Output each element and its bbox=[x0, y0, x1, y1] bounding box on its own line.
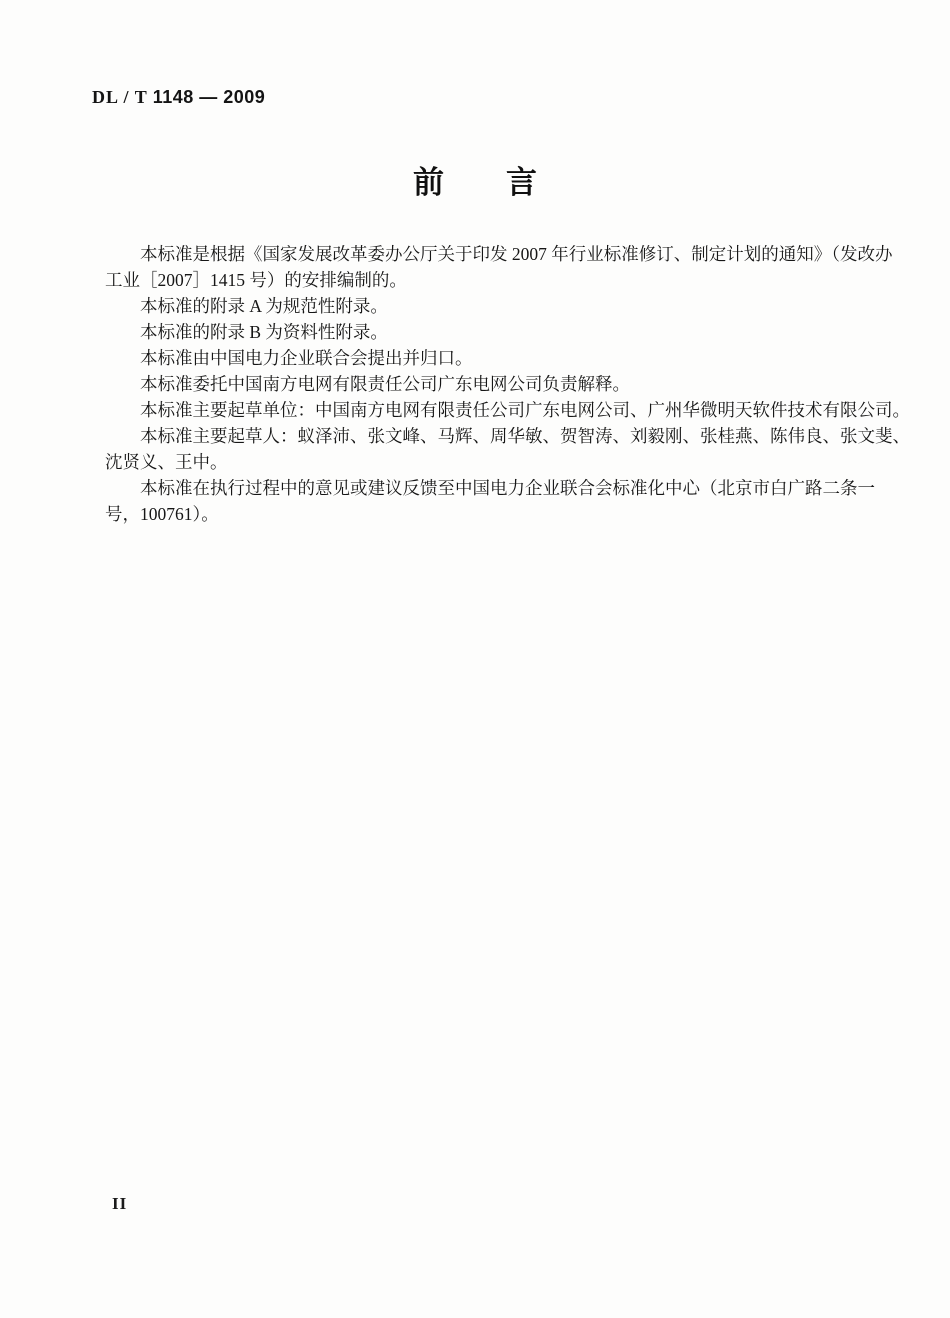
body-line: 沈贤义、王中。 bbox=[105, 449, 875, 475]
body-line: 本标准主要起草单位：中国南方电网有限责任公司广东电网公司、广州华微明天软件技术有… bbox=[105, 397, 875, 423]
body-line: 工业［2007］1415 号）的安排编制的。 bbox=[105, 267, 875, 293]
standard-code-header: DL / T1148 — 2009 bbox=[92, 87, 265, 108]
body-line: 本标准委托中国南方电网有限责任公司广东电网公司负责解释。 bbox=[105, 371, 875, 397]
body-line: 本标准是根据《国家发展改革委办公厅关于印发 2007 年行业标准修订、制定计划的… bbox=[105, 241, 875, 267]
page-number: II bbox=[112, 1194, 127, 1214]
body-line: 本标准的附录 A 为规范性附录。 bbox=[105, 293, 875, 319]
foreword-body: 本标准是根据《国家发展改革委办公厅关于印发 2007 年行业标准修订、制定计划的… bbox=[105, 241, 875, 527]
standard-code-number: 1148 — 2009 bbox=[153, 87, 266, 107]
body-line: 本标准的附录 B 为资料性附录。 bbox=[105, 319, 875, 345]
page-title: 前 言 bbox=[0, 157, 950, 202]
body-line: 本标准主要起草人：蚁泽沛、张文峰、马辉、周华敏、贺智涛、刘毅刚、张桂燕、陈伟良、… bbox=[105, 423, 875, 449]
body-line: 本标准在执行过程中的意见或建议反馈至中国电力企业联合会标准化中心（北京市白广路二… bbox=[105, 475, 875, 501]
document-page: DL / T1148 — 2009 前 言 本标准是根据《国家发展改革委办公厅关… bbox=[0, 0, 950, 1318]
body-line: 本标准由中国电力企业联合会提出并归口。 bbox=[105, 345, 875, 371]
standard-code-prefix: DL / T bbox=[92, 87, 148, 107]
body-line: 号，100761）。 bbox=[105, 501, 875, 527]
